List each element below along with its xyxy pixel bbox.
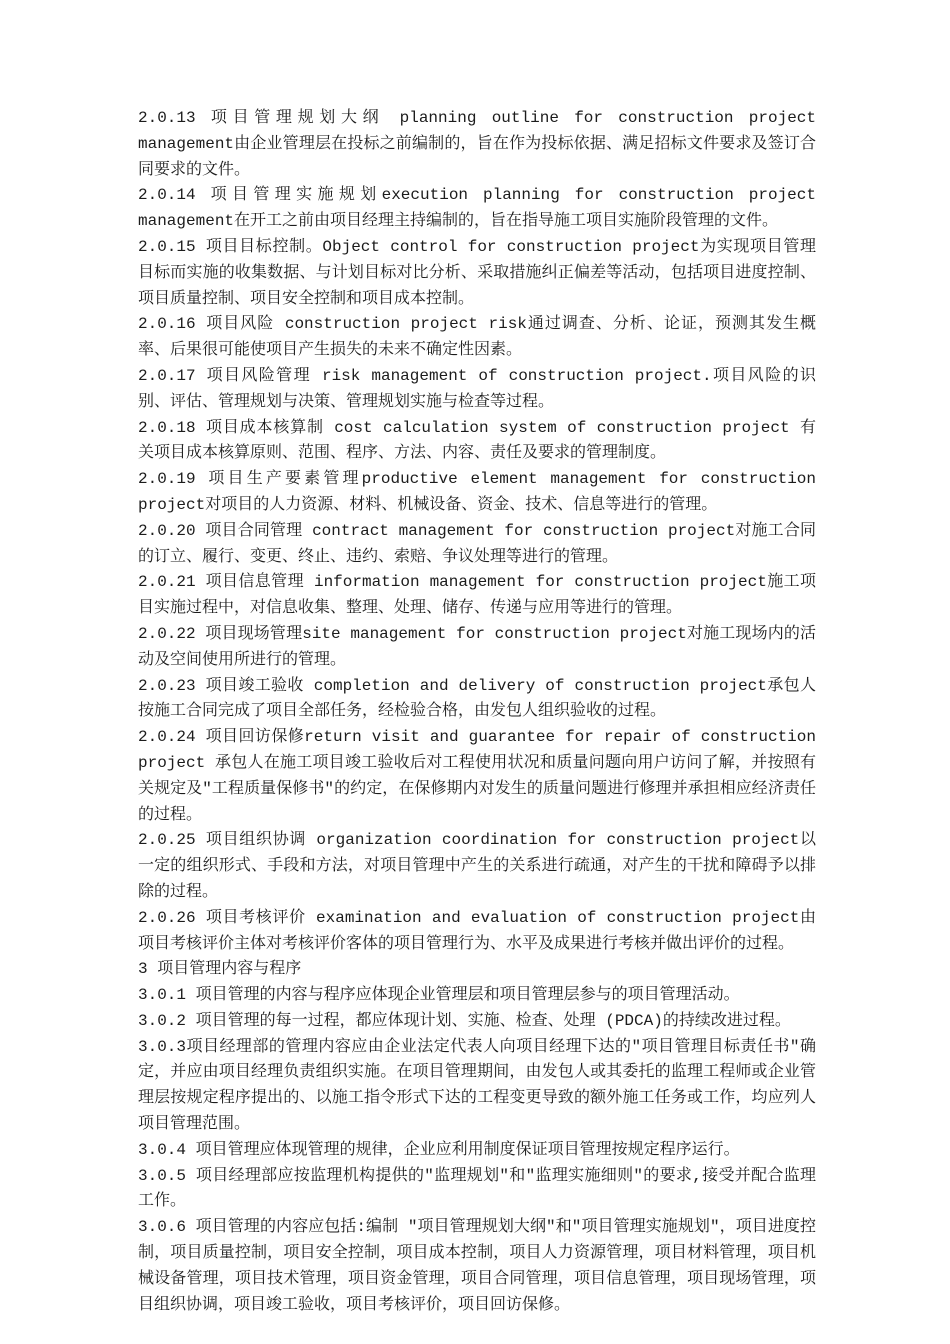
clause-2-0-17: 2.0.17 项目风险管理 risk management of constru… [138,364,816,416]
clause-3-0-1: 3.0.1 项目管理的内容与程序应体现企业管理层和项目管理层参与的项目管理活动。 [138,983,816,1009]
clause-2-0-23: 2.0.23 项目竣工验收 completion and delivery of… [138,674,816,726]
clause-3-0-2: 3.0.2 项目管理的每一过程，都应体现计划、实施、检查、处理 (PDCA)的持… [138,1009,816,1035]
clause-2-0-15: 2.0.15 项目目标控制。Object control for constru… [138,235,816,312]
document-page: 2.0.13 项目管理规划大纲 planning outline for con… [0,0,950,1344]
clause-2-0-16: 2.0.16 项目风险 construction project risk通过调… [138,312,816,364]
clause-3-0-4: 3.0.4 项目管理应体现管理的规律，企业应利用制度保证项目管理按规定程序运行。 [138,1138,816,1164]
clause-2-0-14: 2.0.14 项目管理实施规划execution planning for co… [138,183,816,235]
clause-2-0-13: 2.0.13 项目管理规划大纲 planning outline for con… [138,106,816,183]
clause-2-0-18: 2.0.18 项目成本核算制 cost calculation system o… [138,416,816,468]
clause-3-0-3: 3.0.3项目经理部的管理内容应由企业法定代表人向项目经理下达的″项目管理目标责… [138,1035,816,1138]
document-text-block: 2.0.13 项目管理规划大纲 planning outline for con… [138,106,816,1318]
clause-3-0-5: 3.0.5 项目经理部应按监理机构提供的″监理规划″和″监理实施细则″的要求,接… [138,1164,816,1216]
clause-2-0-21: 2.0.21 项目信息管理 information management for… [138,570,816,622]
section-3-heading: 3 项目管理内容与程序 [138,957,816,983]
clause-3-0-6: 3.0.6 项目管理的内容应包括:编制 ″项目管理规划大纲″和″项目管理实施规划… [138,1215,816,1318]
clause-2-0-22: 2.0.22 项目现场管理site management for constru… [138,622,816,674]
clause-2-0-24: 2.0.24 项目回访保修return visit and guarantee … [138,725,816,828]
clause-2-0-25: 2.0.25 项目组织协调 organization coordination … [138,828,816,905]
clause-2-0-19: 2.0.19 项目生产要素管理productive element manage… [138,467,816,519]
clause-2-0-20: 2.0.20 项目合同管理 contract management for co… [138,519,816,571]
clause-2-0-26: 2.0.26 项目考核评价 examination and evaluation… [138,906,816,958]
